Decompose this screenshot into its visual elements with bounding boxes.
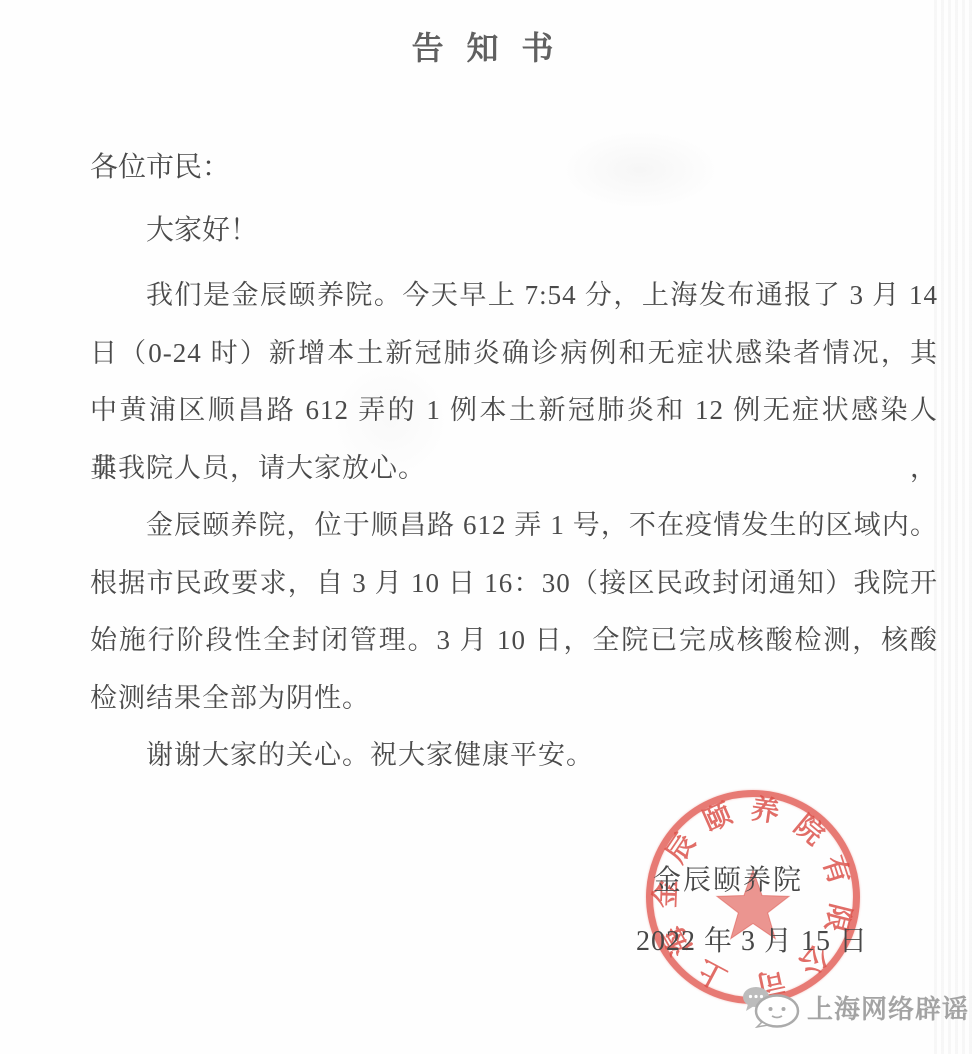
body-line: 中黄浦区顺昌路 612 弄的 1 例本土新冠肺炎和 12 例无症状感染人员， — [90, 382, 938, 440]
greeting: 大家好！ — [146, 213, 258, 249]
scan-edge-artifact — [934, 0, 972, 1054]
chat-bubbles-icon — [742, 986, 800, 1028]
body-line: 检测结果全部为阴性。 — [90, 670, 938, 728]
page-title: 告 知 书 — [0, 26, 972, 70]
document-date: 2022 年 3 月 15 日 — [636, 925, 868, 959]
watermark-label: 上海网络辟谣 — [807, 989, 969, 1026]
seal-character: 养 — [748, 795, 782, 829]
body-line: 始施行阶段性全封闭管理。3 月 10 日，全院已完成核酸检测，核酸 — [90, 612, 938, 670]
body-line: 日（0-24 时）新增本土新冠肺炎确诊病例和无症状感染者情况，其 — [90, 325, 938, 383]
seal-character: 院 — [787, 810, 829, 852]
body-line: 谢谢大家的关心。祝大家健康平安。 — [90, 727, 938, 785]
body-line: 金辰颐养院，位于顺昌路 612 弄 1 号，不在疫情发生的区域内。 — [90, 497, 938, 555]
body-text: 我们是金辰颐养院。今天早上 7:54 分，上海发布通报了 3 月 14日（0-2… — [90, 267, 938, 785]
salutation: 各位市民： — [90, 150, 230, 186]
signature: 金辰颐养院 — [653, 864, 803, 898]
notice-document: 告 知 书 各位市民： 大家好！ 我们是金辰颐养院。今天早上 7:54 分，上海… — [0, 0, 972, 1054]
body-line: 我们是金辰颐养院。今天早上 7:54 分，上海发布通报了 3 月 14 — [90, 267, 938, 325]
watermark: 上海网络辟谣 — [742, 986, 969, 1028]
seal-character: 有 — [816, 852, 854, 890]
scan-smudge — [560, 130, 720, 210]
seal-character: 颐 — [698, 799, 738, 839]
body-line: 根据市民政要求，自 3 月 10 日 16：30（接区民政封闭通知）我院开 — [90, 555, 938, 613]
